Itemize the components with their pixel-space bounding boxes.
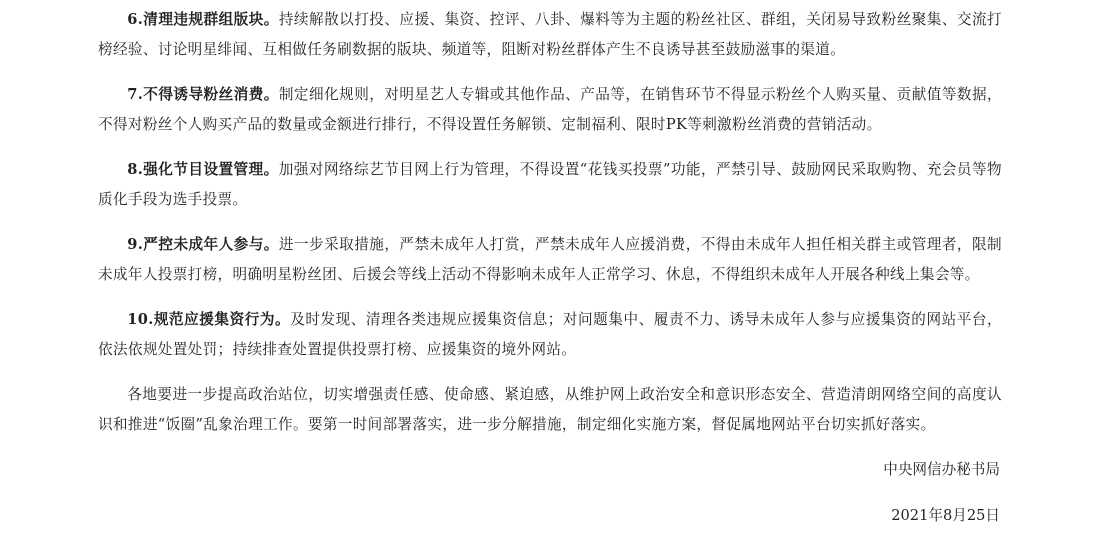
paragraph-item-6: 6.清理违规群组版块。持续解散以打投、应援、集资、控评、八卦、爆料等为主题的粉丝… — [98, 5, 1002, 65]
closing-paragraph: 各地要进一步提高政治站位，切实增强责任感、使命感、紧迫感，从维护网上政治安全和意… — [98, 380, 1002, 440]
paragraph-heading: 7.不得诱导粉丝消费。 — [127, 86, 279, 103]
paragraph-heading: 10.规范应援集资行为。 — [127, 311, 290, 328]
signature-date: 2021年8月25日 — [891, 501, 1000, 531]
paragraph-heading: 6.清理违规群组版块。 — [127, 11, 279, 28]
paragraph-heading: 8.强化节目设置管理。 — [127, 161, 279, 178]
paragraph-item-9: 9.严控未成年人参与。进一步采取措施，严禁未成年人打赏，严禁未成年人应援消费，不… — [98, 230, 1002, 290]
paragraph-item-7: 7.不得诱导粉丝消费。制定细化规则，对明星艺人专辑或其他作品、产品等，在销售环节… — [98, 80, 1002, 140]
signature-organization: 中央网信办秘书局 — [883, 455, 1000, 485]
paragraph-item-10: 10.规范应援集资行为。及时发现、清理各类违规应援集资信息；对问题集中、履责不力… — [98, 305, 1002, 365]
paragraph-heading: 9.严控未成年人参与。 — [127, 236, 279, 253]
document-body: 6.清理违规群组版块。持续解散以打投、应援、集资、控评、八卦、爆料等为主题的粉丝… — [98, 5, 1002, 455]
paragraph-item-8: 8.强化节目设置管理。加强对网络综艺节目网上行为管理，不得设置“花钱买投票”功能… — [98, 155, 1002, 215]
paragraph-text: 各地要进一步提高政治站位，切实增强责任感、使命感、紧迫感，从维护网上政治安全和意… — [98, 386, 1002, 433]
